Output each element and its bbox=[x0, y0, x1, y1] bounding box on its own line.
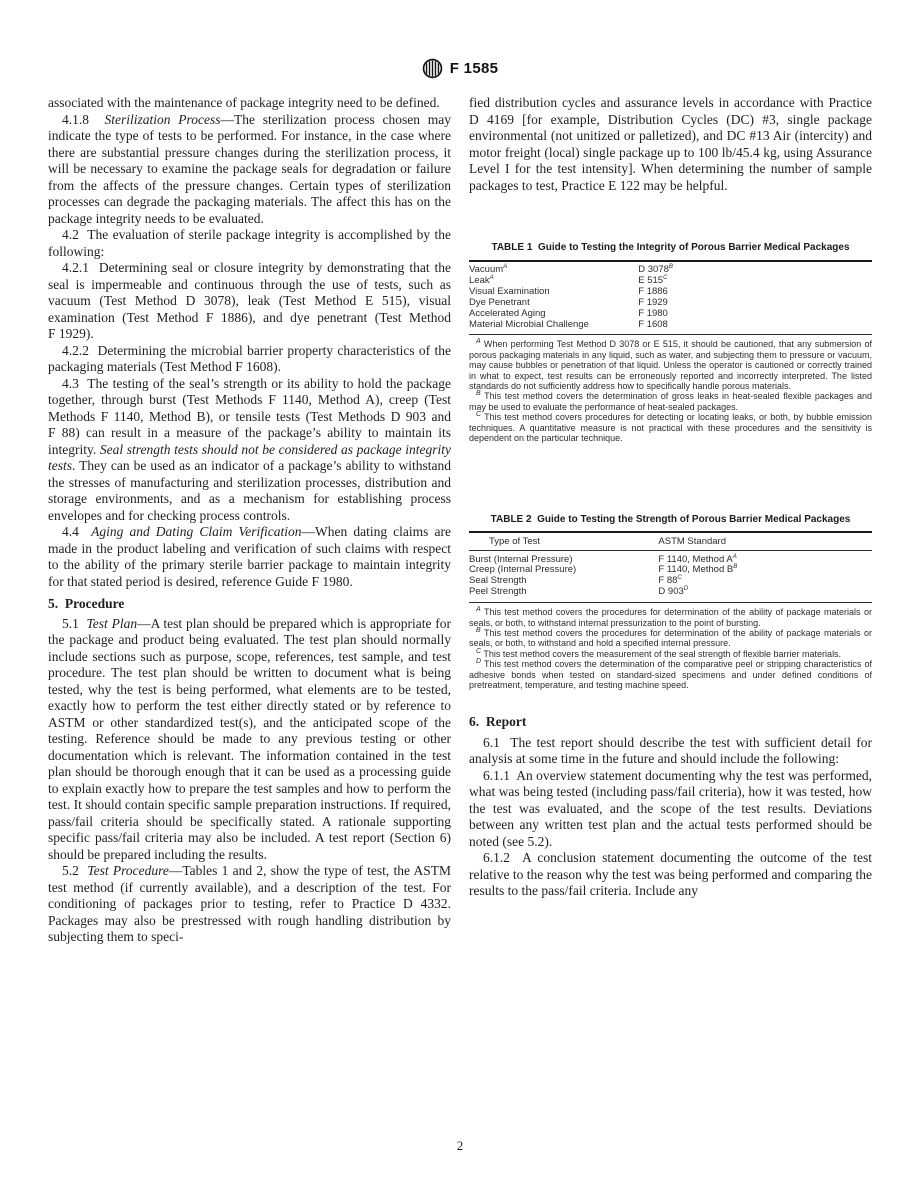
standard-cell: F 88C bbox=[658, 576, 872, 587]
paragraph-5-2: 5.2 Test Procedure—Tables 1 and 2, show … bbox=[48, 863, 451, 946]
table-1-footnotes: A When performing Test Method D 3078 or … bbox=[469, 335, 872, 443]
section-heading-procedure: 5. Procedure bbox=[48, 596, 451, 613]
page-header: F 1585 bbox=[48, 57, 872, 79]
test-name-cell: Material Microbial Challenge bbox=[469, 320, 638, 331]
page-number: 2 bbox=[0, 1138, 920, 1154]
table-row: Material Microbial ChallengeF 1608 bbox=[469, 320, 872, 331]
paragraph-6-1-1: 6.1.1 An overview statement documenting … bbox=[469, 768, 872, 851]
table-2-header-row: Type of Test ASTM Standard bbox=[469, 533, 872, 550]
paragraph-4-3: 4.3 The testing of the seal’s strength o… bbox=[48, 376, 451, 525]
table-footnote-b: B This test method covers the procedures… bbox=[469, 628, 872, 649]
column-header-astm-standard: ASTM Standard bbox=[658, 536, 872, 547]
standard-cell: D 903D bbox=[658, 587, 872, 598]
astm-logo-icon bbox=[422, 58, 443, 79]
paragraph-4-4: 4.4 Aging and Dating Claim Verification—… bbox=[48, 524, 451, 590]
standard-cell: F 1140, Method BB bbox=[658, 565, 872, 576]
paragraph-6-1-2: 6.1.2 A conclusion statement documenting… bbox=[469, 850, 872, 900]
table-footnote-c: C This test method covers procedures for… bbox=[469, 412, 872, 443]
left-column: associated with the maintenance of packa… bbox=[48, 95, 451, 946]
right-column: fied distribution cycles and assurance l… bbox=[469, 95, 872, 900]
table-footnote-a: A This test method covers the procedures… bbox=[469, 607, 872, 628]
section-heading-report: 6. Report bbox=[469, 714, 872, 731]
table-2-title: TABLE 2 Guide to Testing the Strength of… bbox=[475, 514, 866, 527]
table-2-rows: Burst (Internal Pressure)F 1140, Method … bbox=[469, 551, 872, 602]
paragraph-6-1: 6.1 The test report should describe the … bbox=[469, 735, 872, 768]
paragraph-4-2: 4.2 The evaluation of sterile package in… bbox=[48, 227, 451, 260]
two-column-body: associated with the maintenance of packa… bbox=[48, 95, 872, 946]
standard-cell: F 1608 bbox=[638, 320, 872, 331]
paragraph-continuation: associated with the maintenance of packa… bbox=[48, 95, 451, 112]
document-page: F 1585 associated with the maintenance o… bbox=[0, 0, 920, 1191]
table-1: TABLE 1 Guide to Testing the Integrity o… bbox=[469, 242, 872, 444]
standard-cell: F 1929 bbox=[638, 298, 872, 309]
table-footnote-a: A When performing Test Method D 3078 or … bbox=[469, 339, 872, 391]
standard-cell: F 1980 bbox=[638, 309, 872, 320]
test-type-cell: Peel Strength bbox=[469, 587, 658, 598]
table-1-rows: VacuumAD 3078B LeakAE 515C Visual Examin… bbox=[469, 262, 872, 335]
table-footnote-b: B This test method covers the determinat… bbox=[469, 391, 872, 412]
paragraph-5-2-continuation: fied distribution cycles and assurance l… bbox=[469, 95, 872, 194]
table-row: VacuumAD 3078B bbox=[469, 265, 872, 276]
table-2: TABLE 2 Guide to Testing the Strength of… bbox=[469, 514, 872, 691]
standard-cell: F 1886 bbox=[638, 287, 872, 298]
table-row: Peel StrengthD 903D bbox=[469, 587, 872, 598]
table-footnote-d: D This test method covers the determinat… bbox=[469, 659, 872, 690]
table-footnote-c: C This test method covers the measuremen… bbox=[469, 649, 872, 659]
paragraph-4-2-2: 4.2.2 Determining the microbial barrier … bbox=[48, 343, 451, 376]
document-number: F 1585 bbox=[450, 60, 499, 77]
table-2-footnotes: A This test method covers the procedures… bbox=[469, 603, 872, 690]
test-name-cell: VacuumA bbox=[469, 265, 638, 276]
paragraph-5-1: 5.1 Test Plan—A test plan should be prep… bbox=[48, 616, 451, 864]
standard-cell: E 515C bbox=[638, 276, 872, 287]
paragraph-4-1-8: 4.1.8 Sterilization Process—The steriliz… bbox=[48, 112, 451, 228]
table-1-title: TABLE 1 Guide to Testing the Integrity o… bbox=[475, 242, 866, 255]
paragraph-4-2-1: 4.2.1 Determining seal or closure integr… bbox=[48, 260, 451, 343]
column-header-type-of-test: Type of Test bbox=[469, 536, 658, 547]
standard-cell: D 3078B bbox=[638, 265, 872, 276]
